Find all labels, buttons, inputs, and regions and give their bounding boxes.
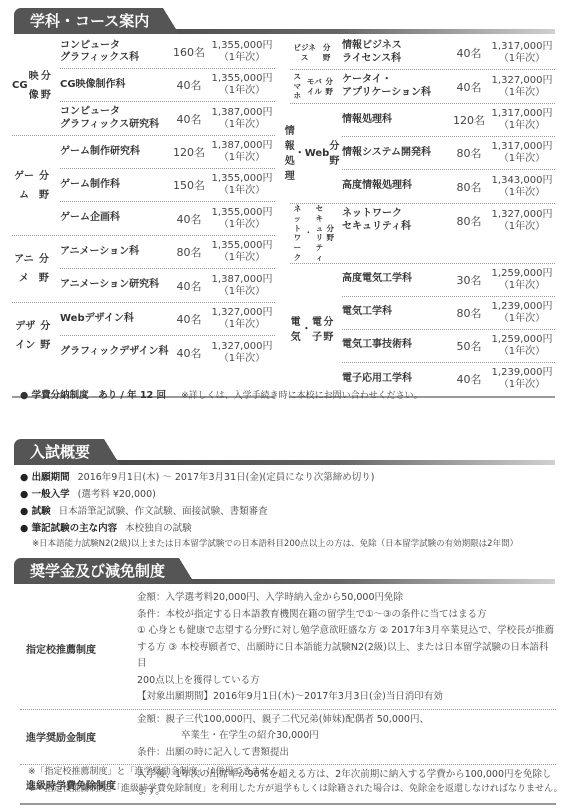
course-fee: 1,317,000円（1年次）: [489, 141, 555, 165]
course-name: ネットワークセキュリティ科: [342, 208, 449, 233]
course-name-line: 電子応用工学科: [342, 373, 449, 386]
course-name: 情報ビジネスライセンス科: [342, 40, 449, 65]
course-fee: 1,239,000円（1年次）: [489, 301, 555, 325]
group-label-line: 情報処理: [285, 124, 295, 184]
admission-list: ● 出願期間2016年9月1日(木) ～ 2017年3月31日(金)(定員になり…: [20, 469, 555, 552]
group-label-line: Web: [305, 146, 330, 161]
course-name-line: コンピュータ: [60, 40, 169, 53]
course-fee: 1,259,000円（1年次）: [489, 334, 555, 358]
group-label-line: 電気: [290, 315, 301, 345]
group-label-line: ネットワーク: [290, 204, 305, 263]
course-row: ゲーム企画科40名1,355,000円（1年次）: [60, 202, 275, 235]
course-group: ビジネス分野情報ビジネスライセンス科40名1,317,000円（1年次）: [290, 36, 555, 70]
installment-line: ● 学費分納制度 あり / 年 12 回 ※詳しくは、入学手続き時に本校にお問い…: [20, 387, 423, 401]
course-row: ケータイ・アプリケーション科40名1,327,000円（1年次）: [342, 70, 555, 103]
group-label: デザイン分野: [12, 303, 52, 369]
group-rows: アニメーション科80名1,355,000円（1年次）アニメーション研究科40名1…: [52, 236, 275, 302]
scholarship-label: 指定校推薦制度: [20, 588, 125, 709]
fee-note: （1年次）: [489, 379, 555, 391]
course-group: 情報処理・Web分野情報処理科120名1,317,000円（1年次）情報システム…: [290, 104, 555, 204]
fee-amount: 1,327,000円: [209, 341, 275, 353]
group-label-line: 分野: [40, 67, 52, 105]
group-label-line: ・: [295, 146, 305, 161]
group-label-line: 分野: [39, 317, 52, 355]
group-label-line: モバイル: [305, 77, 325, 97]
admission-value: 本校独自の試験: [125, 523, 192, 534]
course-capacity: 40名: [169, 111, 209, 127]
fee-note: （1年次）: [489, 346, 555, 358]
course-capacity: 30名: [449, 272, 489, 288]
course-group: 電気・電子分野高度電気工学科30名1,259,000円（1年次）電気工学科80名…: [290, 264, 555, 396]
course-name: ゲーム企画科: [60, 212, 169, 225]
course-capacity: 80名: [449, 145, 489, 161]
fee-amount: 1,259,000円: [489, 268, 555, 280]
course-name-line: 情報処理科: [342, 114, 449, 127]
group-label-line: セキュリティ: [312, 204, 326, 263]
installment-note: ※詳しくは、入学手続き時に本校にお問い合わせください。: [181, 391, 423, 401]
course-name: ケータイ・アプリケーション科: [342, 74, 449, 99]
section-title: 奨学金及び減免制度: [14, 558, 179, 584]
course-name: ゲーム制作研究科: [60, 146, 169, 159]
course-capacity: 40名: [169, 211, 209, 227]
admission-value: (選考料 ¥20,000): [78, 489, 156, 500]
course-capacity: 40名: [449, 371, 489, 387]
course-table: CG映像分野コンピュータグラフィックス科160名1,355,000円（1年次）C…: [12, 36, 555, 398]
group-rows: ゲーム制作研究科120名1,387,000円（1年次）ゲーム制作科150名1,3…: [52, 136, 275, 235]
scholarship-line: 金額：親子三代100,000円、親子二代兄弟(姉妹)配偶者 50,000円、: [137, 712, 556, 729]
group-label-line: 分野: [324, 77, 334, 97]
course-capacity: 80名: [449, 179, 489, 195]
course-name-line: ネットワーク: [342, 208, 449, 221]
group-rows: 情報処理科120名1,317,000円（1年次）情報システム開発科80名1,31…: [334, 104, 555, 203]
group-label-line: 分野: [327, 224, 335, 244]
group-rows: Webデザイン科40名1,327,000円（1年次）グラフィックデザイン科40名…: [52, 303, 275, 369]
course-name-line: 情報システム開発科: [342, 147, 449, 160]
course-fee: 1,327,000円（1年次）: [209, 307, 275, 331]
course-fee: 1,387,000円（1年次）: [209, 274, 275, 298]
course-row: ネットワークセキュリティ科80名1,327,000円（1年次）: [342, 204, 555, 237]
footnote: ※「指定校推薦制度」「進級時学費免除制度」を利用した方が退学もしくは除籍された場…: [28, 781, 563, 798]
footnote: ※「指定校推薦制度」と「進学奨励金制度」は併用できません。: [28, 764, 563, 781]
fee-amount: 1,355,000円: [209, 173, 275, 185]
course-name-line: グラフィックデザイン科: [60, 346, 169, 359]
scholarship-line: 条件：出願の時に記入して書類提出: [137, 745, 556, 762]
fee-amount: 1,317,000円: [489, 41, 555, 53]
section-header-admission: 入試概要: [14, 439, 555, 465]
course-capacity: 40名: [449, 79, 489, 95]
fee-note: （1年次）: [209, 119, 275, 131]
course-capacity: 40名: [449, 45, 489, 61]
course-capacity: 120名: [169, 144, 209, 160]
admission-key: ● 一般入学: [20, 489, 70, 500]
group-label-line: CG: [12, 76, 28, 95]
course-row: 高度電気工学科30名1,259,000円（1年次）: [342, 264, 555, 297]
course-name: コンピュータグラフィックス科: [60, 40, 169, 65]
course-row: コンピュータグラフィックス科160名1,355,000円（1年次）: [60, 36, 275, 69]
fee-amount: 1,355,000円: [209, 73, 275, 85]
scholarship-row: 指定校推薦制度金額：入学選考料20,000円、入学時納入金から50,000円免除…: [20, 588, 556, 710]
group-label: 電気・電子分野: [290, 264, 334, 396]
course-capacity: 120名: [449, 112, 489, 128]
admission-value: 2016年9月1日(木) ～ 2017年3月31日(金)(定員になり次第締め切り…: [78, 472, 375, 483]
admission-key: ● 出願期間: [20, 472, 70, 483]
course-name-line: CG映像制作科: [60, 79, 169, 92]
course-name: Webデザイン科: [60, 313, 169, 326]
course-fee: 1,387,000円（1年次）: [209, 107, 275, 131]
fee-note: （1年次）: [209, 52, 275, 64]
course-name: コンピュータグラフィックス研究科: [60, 106, 169, 131]
fee-amount: 1,327,000円: [489, 209, 555, 221]
course-name-line: ライセンス科: [342, 53, 449, 66]
group-label: CG映像分野: [12, 36, 52, 135]
group-label-line: デザイン: [12, 317, 39, 355]
scholarship-line: 卒業生・在学生の紹介30,000円: [137, 728, 556, 745]
fee-note: （1年次）: [489, 153, 555, 165]
course-name: CG映像制作科: [60, 79, 169, 92]
course-row: グラフィックデザイン科40名1,327,000円（1年次）: [60, 336, 275, 369]
course-fee: 1,259,000円（1年次）: [489, 268, 555, 292]
course-table-right: ビジネス分野情報ビジネスライセンス科40名1,317,000円（1年次）スマホモ…: [290, 36, 555, 398]
fee-note: （1年次）: [489, 187, 555, 199]
course-capacity: 50名: [449, 338, 489, 354]
course-capacity: 160名: [169, 44, 209, 60]
course-group: ネットワーク・セキュリティ分野ネットワークセキュリティ科80名1,327,000…: [290, 204, 555, 264]
course-row: 電気工事技術科50名1,259,000円（1年次）: [342, 330, 555, 363]
fee-note: （1年次）: [489, 313, 555, 325]
course-capacity: 80名: [449, 305, 489, 321]
course-name: アニメーション科: [60, 246, 169, 259]
admission-item: ● 筆記試験の主な内容本校独自の試験: [20, 520, 555, 537]
course-name-line: アニメーション科: [60, 246, 169, 259]
section-header-scholarship: 奨学金及び減免制度: [14, 558, 555, 584]
course-capacity: 80名: [169, 244, 209, 260]
section-header-courses: 学科・コース案内: [14, 8, 555, 34]
course-capacity: 40名: [169, 77, 209, 93]
group-rows: 高度電気工学科30名1,259,000円（1年次）電気工学科80名1,239,0…: [334, 264, 555, 396]
course-capacity: 40名: [169, 311, 209, 327]
course-row: コンピュータグラフィックス研究科40名1,387,000円（1年次）: [60, 102, 275, 135]
group-rows: 情報ビジネスライセンス科40名1,317,000円（1年次）: [334, 36, 555, 69]
scholarship-line: ① 心身とも健康で志望する分野に対し勉学意欲旺盛な方 ② 2017年3月卒業見込…: [137, 623, 556, 640]
course-fee: 1,327,000円（1年次）: [489, 75, 555, 99]
course-fee: 1,317,000円（1年次）: [489, 108, 555, 132]
fee-amount: 1,355,000円: [209, 207, 275, 219]
scholarship-line: 200点以上を獲得している方: [137, 673, 556, 690]
course-name: アニメーション研究科: [60, 279, 169, 292]
scholarship-body: 金額：親子三代100,000円、親子二代兄弟(姉妹)配偶者 50,000円、卒業…: [125, 710, 556, 765]
course-name: 情報システム開発科: [342, 147, 449, 160]
course-group: スマホモバイル分野ケータイ・アプリケーション科40名1,327,000円（1年次…: [290, 70, 555, 104]
fee-note: （1年次）: [209, 353, 275, 365]
course-fee: 1,355,000円（1年次）: [209, 173, 275, 197]
course-row: Webデザイン科40名1,327,000円（1年次）: [60, 303, 275, 336]
course-row: ゲーム制作研究科120名1,387,000円（1年次）: [60, 136, 275, 169]
course-name-line: アニメーション研究科: [60, 279, 169, 292]
course-row: 高度情報処理科80名1,343,000円（1年次）: [342, 170, 555, 203]
course-capacity: 40名: [169, 278, 209, 294]
admission-key: ● 筆記試験の主な内容: [20, 523, 117, 534]
fee-note: （1年次）: [489, 53, 555, 65]
course-fee: 1,355,000円（1年次）: [209, 207, 275, 231]
group-rows: コンピュータグラフィックス科160名1,355,000円（1年次）CG映像制作科…: [52, 36, 275, 135]
course-capacity: 150名: [169, 177, 209, 193]
fee-note: （1年次）: [209, 286, 275, 298]
fee-note: （1年次）: [209, 319, 275, 331]
fee-note: （1年次）: [209, 185, 275, 197]
fee-amount: 1,343,000円: [489, 175, 555, 187]
installment-label: ● 学費分納制度 あり / 年 12 回: [20, 390, 166, 401]
fee-amount: 1,259,000円: [489, 334, 555, 346]
fee-amount: 1,327,000円: [489, 75, 555, 87]
course-name-line: アプリケーション科: [342, 87, 449, 100]
fee-note: （1年次）: [209, 152, 275, 164]
course-row: ゲーム制作科150名1,355,000円（1年次）: [60, 169, 275, 202]
course-name-line: ゲーム制作研究科: [60, 146, 169, 159]
course-name-line: セキュリティ科: [342, 221, 449, 234]
group-label: スマホモバイル分野: [290, 70, 334, 103]
course-row: 情報システム開発科80名1,317,000円（1年次）: [342, 137, 555, 170]
scholarship-line: 条件：本校が指定する日本語教育機関在籍の留学生で①～③の条件に当てはまる方: [137, 607, 556, 624]
course-name-line: ケータイ・: [342, 74, 449, 87]
course-fee: 1,317,000円（1年次）: [489, 41, 555, 65]
admission-value: 日本語筆記試験、作文試験、面接試験、書類審査: [59, 506, 268, 517]
course-name-line: 電気工事技術科: [342, 339, 449, 352]
course-name-line: 高度電気工学科: [342, 273, 449, 286]
course-row: CG映像制作科40名1,355,000円（1年次）: [60, 69, 275, 102]
scholarship-label: 進学奨励金制度: [20, 710, 125, 765]
course-fee: 1,355,000円（1年次）: [209, 40, 275, 64]
group-rows: ネットワークセキュリティ科80名1,327,000円（1年次）: [334, 204, 555, 263]
course-name: ゲーム制作科: [60, 179, 169, 192]
section-title: 学科・コース案内: [14, 8, 163, 34]
scholarship-line: 金額：入学選考料20,000円、入学時納入金から50,000円免除: [137, 590, 556, 607]
course-name: 電子応用工学科: [342, 373, 449, 386]
admission-item: ● 試験日本語筆記試験、作文試験、面接試験、書類審査: [20, 503, 555, 520]
fee-amount: 1,327,000円: [209, 307, 275, 319]
admission-note: ※日本語能力試験N2(2級)以上または日本留学試験での日本語科目200点以上の方…: [32, 537, 555, 552]
group-label: ビジネス分野: [290, 36, 334, 69]
scholarship-footnotes: ※「指定校推薦制度」と「進学奨励金制度」は併用できません。※「指定校推薦制度」「…: [28, 764, 563, 798]
admission-item: ● 出願期間2016年9月1日(木) ～ 2017年3月31日(金)(定員になり…: [20, 469, 555, 486]
course-fee: 1,355,000円（1年次）: [209, 73, 275, 97]
scholarship-body: 金額：入学選考料20,000円、入学時納入金から50,000円免除条件：本校が指…: [125, 588, 556, 709]
course-row: アニメーション科80名1,355,000円（1年次）: [60, 236, 275, 269]
group-label: ゲーム分野: [12, 136, 52, 235]
course-fee: 1,327,000円（1年次）: [209, 341, 275, 365]
course-name-line: 電気工学科: [342, 306, 449, 319]
group-label: 情報処理・Web分野: [290, 104, 334, 203]
course-name-line: コンピュータ: [60, 106, 169, 119]
fee-amount: 1,355,000円: [209, 240, 275, 252]
group-rows: ケータイ・アプリケーション科40名1,327,000円（1年次）: [334, 70, 555, 103]
group-label-line: スマホ: [290, 72, 305, 101]
course-name: グラフィックデザイン科: [60, 346, 169, 359]
course-name-line: グラフィックス科: [60, 52, 169, 65]
fee-note: （1年次）: [489, 120, 555, 132]
fee-note: （1年次）: [209, 85, 275, 97]
fee-amount: 1,317,000円: [489, 141, 555, 153]
fee-note: （1年次）: [489, 280, 555, 292]
fee-note: （1年次）: [489, 221, 555, 233]
course-group: ゲーム分野ゲーム制作研究科120名1,387,000円（1年次）ゲーム制作科15…: [12, 136, 275, 236]
course-name-line: 情報ビジネス: [342, 40, 449, 53]
course-name: 電気工学科: [342, 306, 449, 319]
course-name: 電気工事技術科: [342, 339, 449, 352]
course-name: 高度情報処理科: [342, 180, 449, 193]
course-name-line: Webデザイン科: [60, 313, 169, 326]
group-label-line: 電子: [311, 315, 322, 345]
course-table-left: CG映像分野コンピュータグラフィックス科160名1,355,000円（1年次）C…: [12, 36, 275, 398]
group-label-line: 分野: [36, 250, 52, 288]
course-name: 情報処理科: [342, 114, 449, 127]
course-name-line: ゲーム制作科: [60, 179, 169, 192]
fee-note: （1年次）: [489, 87, 555, 99]
fee-note: （1年次）: [209, 219, 275, 231]
group-label-line: ゲーム: [12, 167, 36, 205]
course-name-line: 高度情報処理科: [342, 180, 449, 193]
fee-amount: 1,387,000円: [209, 274, 275, 286]
group-label-line: 分野: [319, 43, 334, 63]
group-label-line: 分野: [323, 315, 334, 345]
admission-item: ● 一般入学(選考料 ¥20,000): [20, 486, 555, 503]
scholarship-line: する方 ③ 本校専願者で、出願時に日本語能力試験N2(2級)以上、または日本留学…: [137, 640, 556, 673]
course-row: 情報処理科120名1,317,000円（1年次）: [342, 104, 555, 137]
course-capacity: 40名: [169, 345, 209, 361]
course-fee: 1,239,000円（1年次）: [489, 367, 555, 391]
course-row: 情報ビジネスライセンス科40名1,317,000円（1年次）: [342, 36, 555, 69]
course-capacity: 80名: [449, 213, 489, 229]
course-group: アニメ分野アニメーション科80名1,355,000円（1年次）アニメーション研究…: [12, 236, 275, 303]
course-group: デザイン分野Webデザイン科40名1,327,000円（1年次）グラフィックデザ…: [12, 303, 275, 369]
course-row: アニメーション研究科40名1,387,000円（1年次）: [60, 269, 275, 302]
group-label-line: ・: [301, 322, 311, 337]
group-label: ネットワーク・セキュリティ分野: [290, 204, 334, 263]
course-row: 電気工学科80名1,239,000円（1年次）: [342, 297, 555, 330]
fee-amount: 1,239,000円: [489, 367, 555, 379]
course-fee: 1,327,000円（1年次）: [489, 209, 555, 233]
group-label-line: アニメ: [12, 250, 36, 288]
group-label-line: 映像: [28, 67, 40, 105]
fee-amount: 1,355,000円: [209, 40, 275, 52]
section-title: 入試概要: [14, 439, 104, 465]
group-label-line: 分野: [36, 167, 52, 205]
fee-amount: 1,239,000円: [489, 301, 555, 313]
group-label-line: ・: [305, 228, 313, 238]
course-name-line: グラフィックス研究科: [60, 119, 169, 132]
course-fee: 1,387,000円（1年次）: [209, 140, 275, 164]
scholarship-line: 【対象出願期間】2016年9月1日(木)～2017年3月3日(金)当日消印有効: [137, 689, 556, 706]
course-name: 高度電気工学科: [342, 273, 449, 286]
course-group: CG映像分野コンピュータグラフィックス科160名1,355,000円（1年次）C…: [12, 36, 275, 136]
fee-note: （1年次）: [209, 252, 275, 264]
admission-key: ● 試験: [20, 506, 51, 517]
fee-amount: 1,387,000円: [209, 107, 275, 119]
course-fee: 1,355,000円（1年次）: [209, 240, 275, 264]
course-fee: 1,343,000円（1年次）: [489, 175, 555, 199]
scholarship-row: 進学奨励金制度金額：親子三代100,000円、親子二代兄弟(姉妹)配偶者 50,…: [20, 710, 556, 766]
group-label: アニメ分野: [12, 236, 52, 302]
group-label-line: ビジネス: [290, 43, 319, 63]
course-name-line: ゲーム企画科: [60, 212, 169, 225]
fee-amount: 1,317,000円: [489, 108, 555, 120]
fee-amount: 1,387,000円: [209, 140, 275, 152]
